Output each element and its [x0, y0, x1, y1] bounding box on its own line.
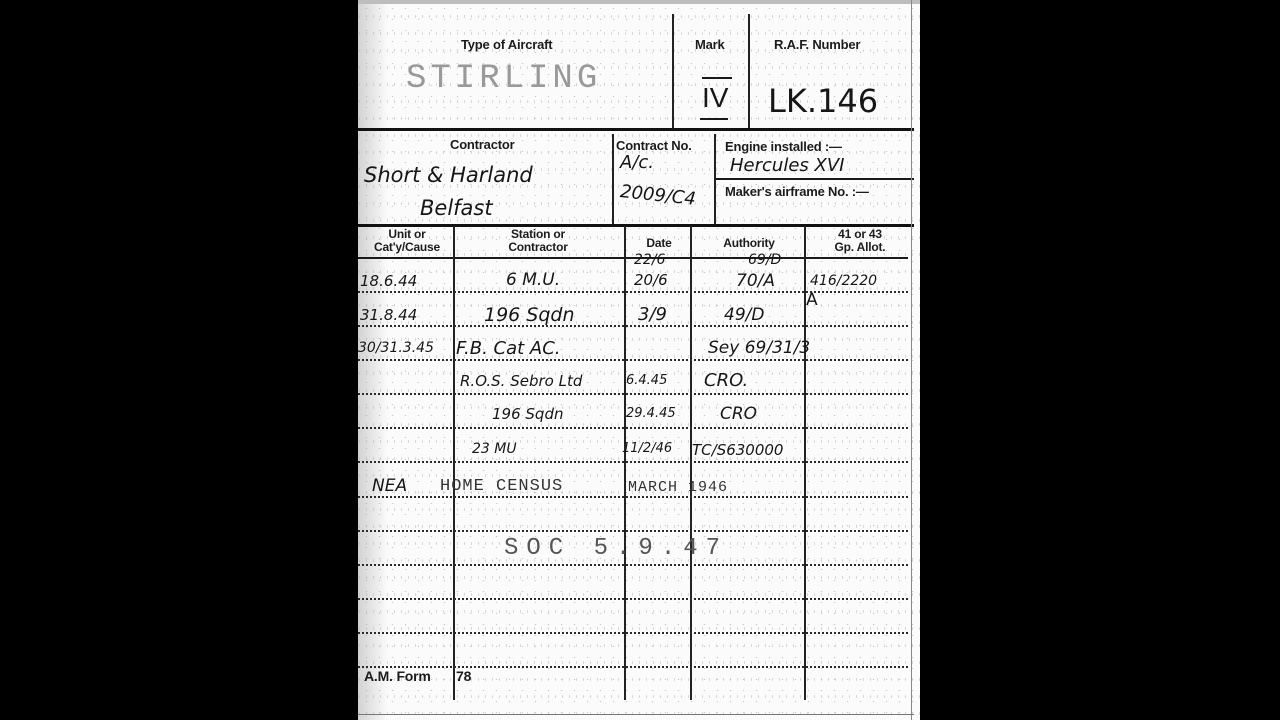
row9-station: SOC 5.9.47: [504, 535, 728, 562]
row-line: [358, 666, 908, 668]
column-divider-3: [690, 226, 692, 700]
right-edge: [911, 0, 912, 720]
row4-date: 6.4.45: [626, 373, 667, 388]
contract-no-label: Contract No.: [616, 138, 692, 153]
contractor-line1: Short & Harland: [364, 163, 533, 187]
row-line: [358, 598, 908, 600]
row1-date: 20/6: [634, 271, 668, 289]
col-header-station-line2: Contractor: [468, 241, 608, 254]
row2-authority: 49/D: [724, 305, 764, 325]
row-line: [358, 325, 908, 327]
row2-date: 3/9: [638, 304, 667, 325]
contract-no-line1: A/c.: [620, 152, 654, 173]
row5-station: 196 Sqdn: [492, 405, 563, 423]
row-line: [358, 496, 908, 498]
contractor-line2: Belfast: [420, 196, 493, 220]
aircraft-record-card: Type of Aircraft STIRLING Mark IV R.A.F.…: [358, 0, 920, 720]
contract-divider: [358, 224, 914, 227]
row-line: [358, 461, 908, 463]
divider-contract-no: [612, 134, 614, 224]
bottom-edge: [358, 714, 914, 715]
row2-station: 196 Sqdn: [484, 304, 575, 326]
col-header-authority: Authority: [692, 236, 806, 250]
type-of-aircraft-label: Type of Aircraft: [461, 37, 552, 52]
column-divider-1: [453, 226, 455, 700]
mark-label: Mark: [695, 37, 725, 52]
row4-station: R.O.S. Sebro Ltd: [460, 372, 582, 390]
row6-date: 11/2/46: [622, 441, 672, 456]
table-header-divider: [358, 257, 908, 259]
row-line: [358, 291, 908, 293]
col-header-date: Date: [626, 236, 692, 250]
row1-authority-above: 69/D: [748, 252, 781, 268]
row2-gp: A: [806, 290, 818, 310]
contractor-label: Contractor: [450, 137, 514, 152]
row3-station: F.B. Cat AC.: [456, 338, 561, 359]
row5-authority: CRO: [720, 404, 757, 424]
contract-no-line2: 2009/C4: [619, 181, 697, 210]
row1-authority: 70/A: [736, 271, 775, 291]
divider-mark: [672, 14, 674, 128]
mark-overline: [702, 77, 732, 79]
engine-installed-label: Engine installed :—: [725, 139, 842, 154]
col-header-unit: Unit or Cat'y/Cause: [364, 228, 450, 254]
col-header-unit-line2: Cat'y/Cause: [364, 241, 450, 254]
row3-authority: Sey 69/31/3: [708, 338, 810, 358]
row1-unit: 18.6.44: [360, 272, 417, 290]
row5-date: 29.4.45: [626, 406, 676, 421]
row6-authority: TC/S630000: [692, 441, 783, 459]
row-line: [358, 359, 908, 361]
makers-airframe-label: Maker's airframe No. :—: [725, 184, 869, 199]
column-divider-2: [624, 226, 626, 700]
row4-authority: CRO.: [704, 370, 748, 391]
raf-number-value: LK.146: [768, 82, 878, 120]
row6-station: 23 MU: [472, 441, 517, 457]
divider-raf: [748, 14, 750, 128]
col-header-gp-line2: Gp. Allot.: [808, 241, 912, 254]
row-line: [358, 393, 908, 395]
top-edge: [358, 0, 920, 4]
row-line: [358, 632, 908, 634]
row3-unit: 30/31.3.45: [358, 340, 434, 356]
row7-station: HOME CENSUS: [440, 477, 563, 496]
header-divider: [358, 128, 914, 131]
row1-gp: 416/2220: [810, 273, 877, 289]
row-line: [358, 530, 908, 532]
form-number: 78: [456, 668, 471, 684]
form-id-label: A.M. Form: [364, 668, 431, 684]
row-line: [358, 564, 908, 566]
engine-divider: [716, 178, 914, 180]
row7-date: MARCH 1946: [628, 479, 728, 496]
row1-date-above: 22/6: [634, 252, 665, 268]
col-header-gp-allot: 41 or 43 Gp. Allot.: [808, 228, 912, 254]
row-line: [358, 427, 908, 429]
type-of-aircraft-value: STIRLING: [406, 60, 601, 98]
mark-value: IV: [702, 82, 728, 114]
raf-number-label: R.A.F. Number: [774, 37, 860, 52]
col-header-station: Station or Contractor: [468, 228, 608, 254]
mark-underline: [700, 118, 728, 120]
row2-unit: 31.8.44: [360, 306, 417, 324]
row1-station: 6 M.U.: [506, 270, 560, 290]
engine-installed-value: Hercules XVI: [730, 155, 844, 176]
row7-unit: NEA: [372, 476, 407, 496]
